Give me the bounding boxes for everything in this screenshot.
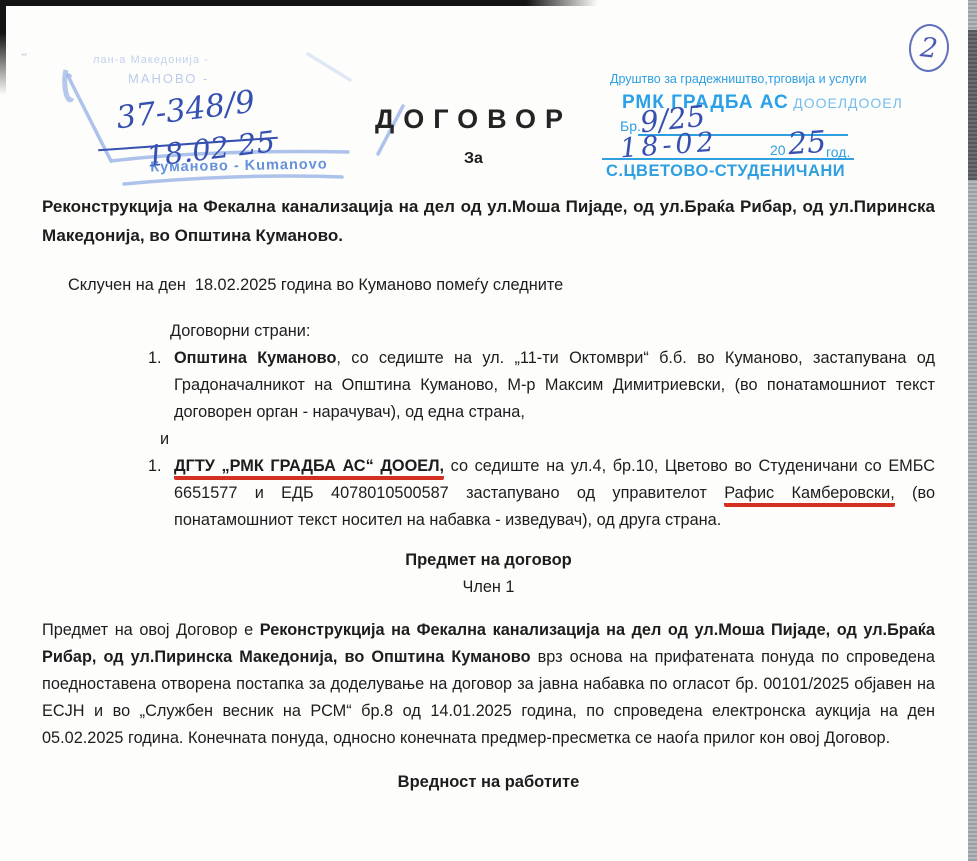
party-1-name: Општина Куманово xyxy=(174,349,336,367)
party-2-manager-red-underlined: Рафис Камберовски, xyxy=(724,484,895,507)
party-2-number: 1. xyxy=(148,453,174,534)
parties-label: Договорни страни: xyxy=(42,318,935,345)
conclusion-date-line: Склучен на ден 18.02.2025 година во Кума… xyxy=(42,272,935,299)
section-1-article: Член 1 xyxy=(42,574,935,601)
document-title-sub: За xyxy=(0,150,947,168)
section-1-paragraph: Предмет на овој Договор е Реконструкција… xyxy=(42,617,935,752)
party-1-text: Општина Куманово, со седиште на ул. „11-… xyxy=(174,345,935,426)
scan-page: ”′ 2 лан-а Македонија - МАНОВО - 37-348/… xyxy=(0,0,977,861)
parties-conjunction: и xyxy=(42,426,935,453)
stamp-faint-text-1: лан-а Македонија - xyxy=(93,54,209,66)
pencil-mark: ”′ xyxy=(21,52,29,65)
section-2-heading: Вредност на работите xyxy=(42,769,935,796)
party-2-text: ДГТУ „РМК ГРАДБА АС“ ДООЕЛ, со седиште н… xyxy=(174,453,935,534)
handwritten-page-number-circle: 2 xyxy=(907,22,952,74)
scan-edge-top xyxy=(0,0,598,6)
party-2-company-red-underlined: ДГТУ „РМК ГРАДБА АС“ ДООЕЛ, xyxy=(174,457,444,480)
page-number: 2 xyxy=(919,32,939,65)
document-title: ДОГОВОР xyxy=(0,104,947,135)
section-1-heading: Предмет на договор xyxy=(42,547,935,574)
party-item-1: 1. Општина Куманово, со седиште на ул. „… xyxy=(148,345,935,426)
company-activity-line: Друштво за градежништво,трговија и услуг… xyxy=(610,72,867,86)
stamp-faint-text-2: МАНОВО - xyxy=(128,71,209,86)
document-body: Реконструкција на Фекална канализација н… xyxy=(42,193,935,796)
party-item-2: 1. ДГТУ „РМК ГРАДБА АС“ ДООЕЛ, со седишт… xyxy=(148,453,935,534)
subject-heading: Реконструкција на Фекална канализација н… xyxy=(42,193,935,250)
party-1-number: 1. xyxy=(148,345,174,426)
scan-edge-left xyxy=(0,0,6,95)
